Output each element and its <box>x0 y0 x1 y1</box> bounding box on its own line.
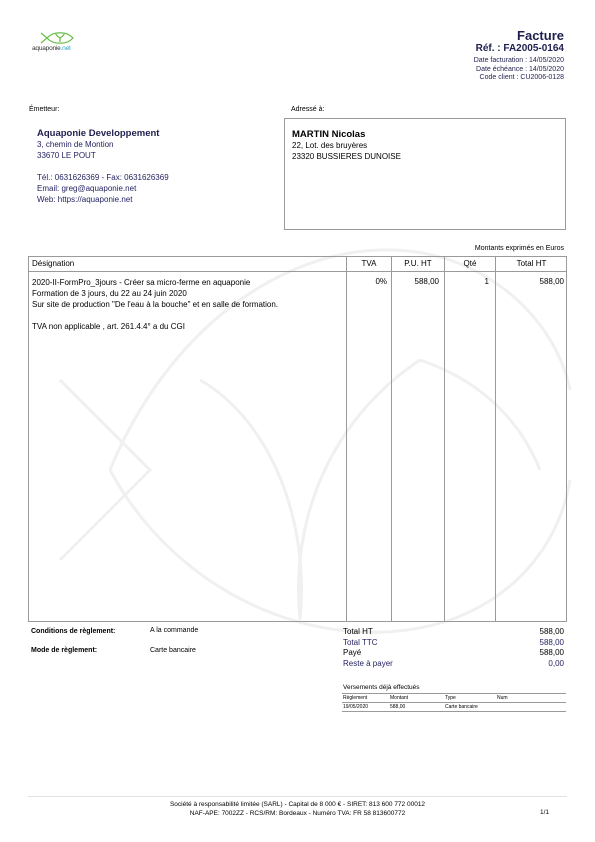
table-row-total: 588,00 <box>496 277 564 286</box>
recipient-label: Adressé à: <box>291 106 324 113</box>
page-number: 1/1 <box>540 809 549 816</box>
table-row-description: 2020-II-FormPro_3jours - Créer sa micro-… <box>32 277 278 332</box>
fish-leaf-icon <box>39 30 79 46</box>
total-ht-row: Total HT588,00 <box>343 627 564 638</box>
emitter-block: Aquaponie Developpement 3, chemin de Mon… <box>37 128 169 205</box>
payment-mode-value: Carte bancaire <box>150 647 196 654</box>
due-date: Date échéance : 14/05/2020 <box>474 66 564 75</box>
column-header-designation: Désignation <box>32 259 74 268</box>
totals-block: Total HT588,00 Total TTC588,00 Payé588,0… <box>343 627 564 669</box>
table-row-vat: 0% <box>347 277 387 286</box>
recipient-block: MARTIN Nicolas 22, Lot. des bruyères 233… <box>292 129 401 162</box>
logo-text: aquaponie.net <box>32 45 71 52</box>
footer-divider <box>28 796 567 797</box>
footer-line-1: Société à responsabilité limitée (SARL) … <box>0 800 595 809</box>
column-header-unit-price: P.U. HT <box>392 259 444 268</box>
emitter-email[interactable]: Email: greg@aquaponie.net <box>37 183 169 194</box>
footer-line-2: NAF-APE: 7002ZZ - RCS/RM: Bordeaux - Num… <box>0 809 595 818</box>
recipient-address-1: 22, Lot. des bruyères <box>292 140 401 151</box>
recipient-name: MARTIN Nicolas <box>292 129 401 140</box>
payment-row: 19/05/2020 588,00 Carte bancaire <box>342 703 566 712</box>
recipient-address-2: 23320 BUSSIERES DUNOISE <box>292 151 401 162</box>
payment-terms-label: Conditions de règlement: <box>31 628 115 635</box>
emitter-name: Aquaponie Developpement <box>37 128 169 139</box>
currency-note: Montants exprimés en Euros <box>475 245 564 252</box>
emitter-web[interactable]: Web: https://aquaponie.net <box>37 194 169 205</box>
total-ttc-row: Total TTC588,00 <box>343 638 564 649</box>
table-row-qty: 1 <box>445 277 489 286</box>
legal-footer: Société à responsabilité limitée (SARL) … <box>0 800 595 818</box>
emitter-address-1: 3, chemin de Montion <box>37 139 169 150</box>
column-header-qty: Qté <box>445 259 495 268</box>
invoice-lines-table: Désignation TVA P.U. HT Qté Total HT 202… <box>28 256 567 622</box>
payments-table: Règlement Montant Type Num 19/05/2020 58… <box>342 693 566 712</box>
paid-row: Payé588,00 <box>343 648 564 659</box>
company-logo: aquaponie.net <box>30 28 90 58</box>
payments-title: Versements déjà effectués <box>343 684 419 691</box>
invoice-title: Facture <box>517 28 564 43</box>
emitter-phone-fax: Tél.: 0631626369 - Fax: 0631626369 <box>37 172 169 183</box>
column-header-vat: TVA <box>347 259 391 268</box>
payment-mode-label: Mode de règlement: <box>31 647 97 654</box>
emitter-address-2: 33670 LE POUT <box>37 150 169 161</box>
recipient-box: MARTIN Nicolas 22, Lot. des bruyères 233… <box>284 118 566 230</box>
payment-terms-value: A la commande <box>150 627 198 634</box>
client-code: Code client : CU2006-0128 <box>474 74 564 83</box>
invoice-reference: Réf. : FA2005-0164 <box>476 43 564 54</box>
remaining-row: Reste à payer0,00 <box>343 659 564 670</box>
table-row-unit-price: 588,00 <box>392 277 439 286</box>
invoice-meta: Date facturation : 14/05/2020 Date échéa… <box>474 57 564 83</box>
payments-header: Règlement Montant Type Num <box>342 693 566 703</box>
column-header-total: Total HT <box>496 259 567 268</box>
emitter-label: Émetteur: <box>29 106 59 113</box>
invoice-date: Date facturation : 14/05/2020 <box>474 57 564 66</box>
